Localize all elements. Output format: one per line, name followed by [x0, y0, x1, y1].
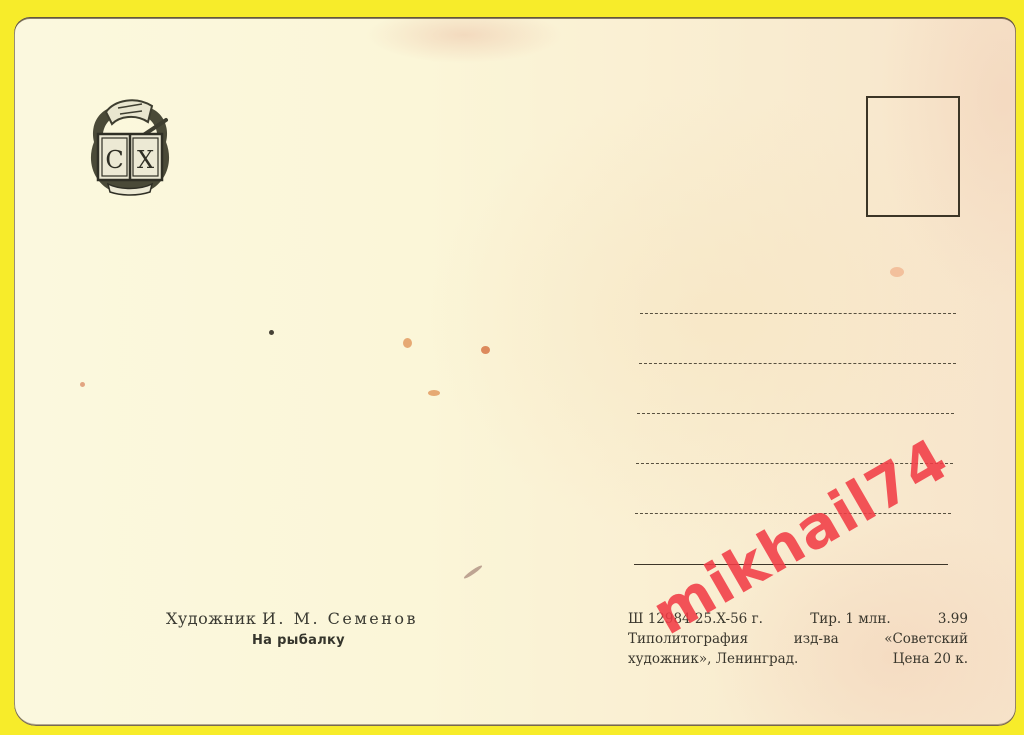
stamp-box [866, 96, 960, 217]
artist-credit: Художник И. М. Семенов [166, 609, 418, 628]
print-run: Тир. 1 млн. [810, 609, 890, 629]
crease-mark [463, 564, 483, 580]
stain-spot [80, 382, 85, 387]
stain-spot [890, 267, 904, 277]
address-line [637, 413, 954, 414]
publisher-city: художник», Ленинград. [628, 649, 798, 669]
imprint-line-3: художник», Ленинград. Цена 20 к. [628, 649, 968, 669]
emblem-letter-s: С [105, 146, 123, 174]
stain-spot [428, 390, 440, 396]
address-line [639, 363, 956, 364]
emblem-letter-kh: Х [137, 146, 154, 174]
publisher-name-start: «Советский [884, 629, 968, 649]
order-number: 3.99 [938, 609, 968, 629]
stain-spot [403, 338, 412, 348]
postcard-back: С Х Художник И. М. Семенов На рыбалку Ш … [14, 17, 1016, 726]
address-line [640, 313, 956, 314]
stain-spot [269, 330, 274, 335]
book-emblem-icon: С Х [84, 92, 176, 196]
stain-spot [481, 346, 490, 354]
artwork-title: На рыбалку [252, 633, 345, 648]
artist-prefix: Художник [166, 609, 256, 628]
publisher-prefix: изд-ва [794, 629, 839, 649]
price: Цена 20 к. [893, 649, 968, 669]
artist-name: И. М. Семенов [262, 609, 418, 628]
